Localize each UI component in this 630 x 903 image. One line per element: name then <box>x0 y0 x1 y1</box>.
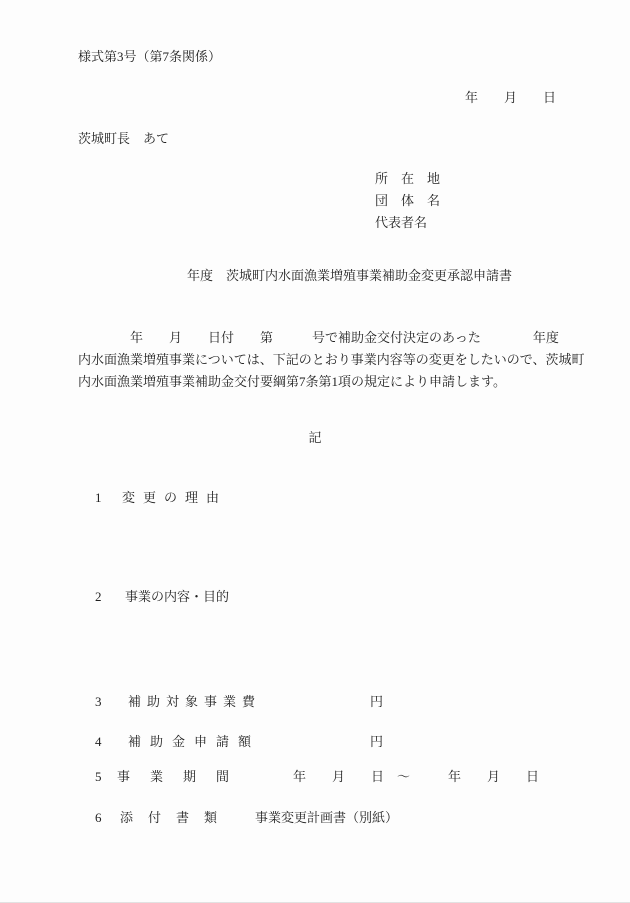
item-5-period-start: 年 月 日 ～ <box>293 769 410 785</box>
item-5-period-end: 年 月 日 <box>448 769 539 785</box>
body-paragraph-line-1: 年 月 日付 第 号で補助金交付決定のあった 年度 <box>78 330 559 346</box>
item-5-number: 5 <box>95 769 102 785</box>
document-title: 年度 茨城町内水面漁業増殖事業補助金変更承認申請書 <box>187 268 512 284</box>
item-4-number: 4 <box>95 734 102 750</box>
item-6-label: 添付書類 <box>120 810 232 826</box>
body-paragraph-line-3: 内水面漁業増殖事業補助金交付要綱第7条第1項の規定により申請します。 <box>78 374 506 390</box>
applicant-organization-label: 団 体 名 <box>375 193 440 209</box>
item-3-number: 3 <box>95 694 102 710</box>
applicant-address-label: 所 在 地 <box>375 171 440 187</box>
item-1-label: 変更の理由 <box>122 490 227 506</box>
item-3-unit: 円 <box>370 694 383 710</box>
record-mark: 記 <box>0 430 630 446</box>
item-2-number: 2 <box>95 589 102 605</box>
date-line: 年 月 日 <box>465 90 556 106</box>
item-1-number: 1 <box>95 490 102 506</box>
item-6-value: 事業変更計画書（別紙） <box>255 810 398 826</box>
addressee: 茨城町長 あて <box>78 131 169 147</box>
item-4-label: 補助金申請額 <box>128 734 260 750</box>
item-3-label: 補助対象事業費 <box>128 694 261 710</box>
item-2-label: 事業の内容・目的 <box>125 589 229 605</box>
item-5-label: 事業期間 <box>117 769 249 785</box>
body-paragraph-line-2: 内水面漁業増殖事業については、下記のとおり事業内容等の変更をしたいので、茨城町 <box>78 352 584 368</box>
item-4-unit: 円 <box>370 734 383 750</box>
applicant-representative-label: 代表者名 <box>375 215 427 231</box>
item-6-number: 6 <box>95 810 102 826</box>
form-number: 様式第3号（第7条関係） <box>78 49 221 65</box>
document-page: 様式第3号（第7条関係） 年 月 日 茨城町長 あて 所 在 地 団 体 名 代… <box>0 0 630 903</box>
